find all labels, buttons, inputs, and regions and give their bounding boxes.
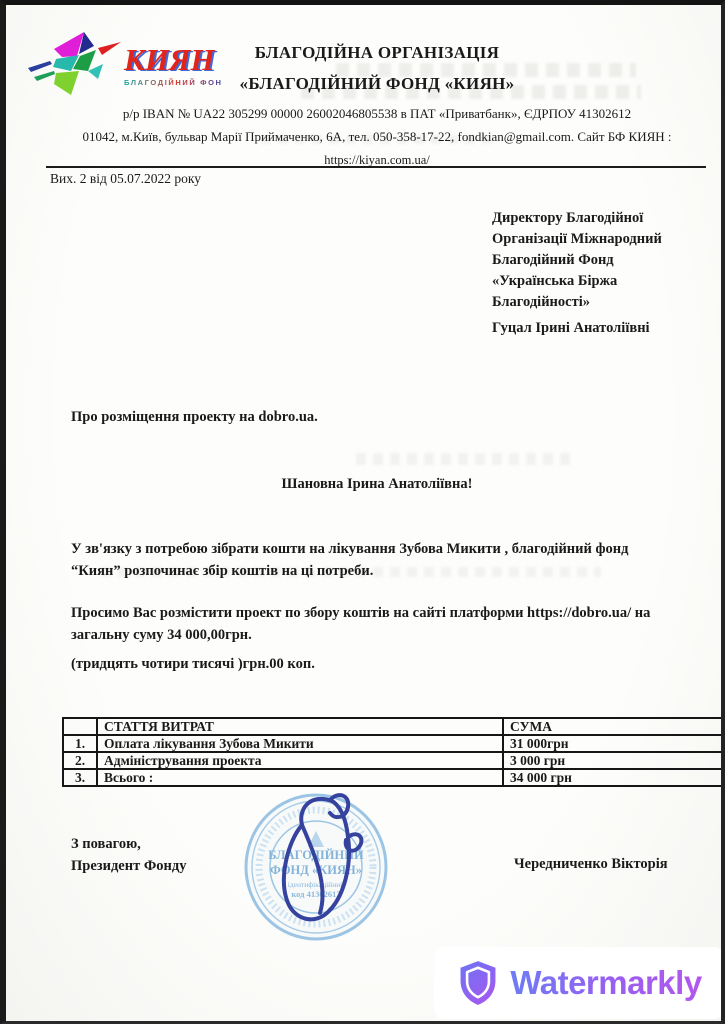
header-cell-index (63, 718, 97, 735)
address-line: 01042, м.Київ, бульвар Марії Приймаченко… (46, 129, 708, 145)
cell-index: 1. (63, 735, 97, 752)
recipient-block: Директору Благодійної Організації Міжнар… (492, 208, 722, 313)
cell-item: Оплата лікування Зубова Микити (97, 735, 503, 752)
salutation: Шановна Ірина Анатоліївна! (46, 476, 708, 493)
watermark-badge: Watermarkly (434, 947, 724, 1019)
table-row: 2. Адміністрування проекта 3 000 грн (63, 752, 725, 769)
subject-line: Про розміщення проекту на dobro.ua. (71, 409, 318, 426)
recipient-line: Директору Благодійної (492, 208, 722, 229)
header-cell-item: СТАТТЯ ВИТРАТ (97, 718, 503, 735)
org-title-line1: БЛАГОДІЙНА ОРГАНІЗАЦІЯ (46, 43, 708, 63)
recipient-line: Благодійний Фонд (492, 250, 722, 271)
scan-bleed-artifact (356, 453, 576, 465)
watermark-label: Watermarkly (510, 964, 701, 1002)
recipient-line: Благодійності» (492, 292, 722, 313)
cell-item: Всього : (97, 769, 503, 786)
cell-item: Адміністрування проекта (97, 752, 503, 769)
shield-icon (456, 959, 500, 1007)
fund-logo: КИЯН КИЯН БЛАГОДІЙНИЙ ФОНД (26, 29, 221, 113)
recipient-line: Організації Міжнародний (492, 229, 722, 250)
closing-line-1: З повагою, (71, 836, 141, 853)
recipient-name: Гуцал Ірині Анатоліївні (492, 320, 650, 337)
handwritten-signature (268, 787, 388, 947)
cell-sum: 3 000 грн (503, 752, 725, 769)
org-title-line2: «БЛАГОДІЙНИЙ ФОНД «КИЯН» (46, 74, 708, 94)
bank-details-line: р/р IBAN № UA22 305299 00000 26002046805… (46, 106, 708, 122)
cell-index: 3. (63, 769, 97, 786)
body-paragraph-1: У зв'язку з потребою зібрати кошти на лі… (71, 538, 725, 582)
table-row: 3. Всього : 34 000 грн (63, 769, 725, 786)
body-paragraph-2: Просимо Вас розмістити проект по збору к… (71, 602, 725, 646)
header-cell-sum: СУМА (503, 718, 725, 735)
cell-sum: 31 000грн (503, 735, 725, 752)
cost-table: СТАТТЯ ВИТРАТ СУМА 1. Оплата лікування З… (62, 717, 725, 787)
letterhead-divider (46, 166, 706, 168)
scanned-letter-page: КИЯН КИЯН БЛАГОДІЙНИЙ ФОНД БЛАГОДІЙНА ОР… (0, 0, 725, 1024)
body-paragraph-3: (тридцять чотири тисячі )грн.00 коп. (71, 653, 725, 675)
cell-index: 2. (63, 752, 97, 769)
recipient-line: «Українська Біржа (492, 271, 722, 292)
closing-line-2: Президент Фонду (71, 858, 186, 875)
table-row: 1. Оплата лікування Зубова Микити 31 000… (63, 735, 725, 752)
cell-sum: 34 000 грн (503, 769, 725, 786)
signer-name: Чередниченко Вікторія (514, 856, 668, 873)
table-header-row: СТАТТЯ ВИТРАТ СУМА (63, 718, 725, 735)
reference-number-line: Вих. 2 від 05.07.2022 року (50, 171, 201, 187)
